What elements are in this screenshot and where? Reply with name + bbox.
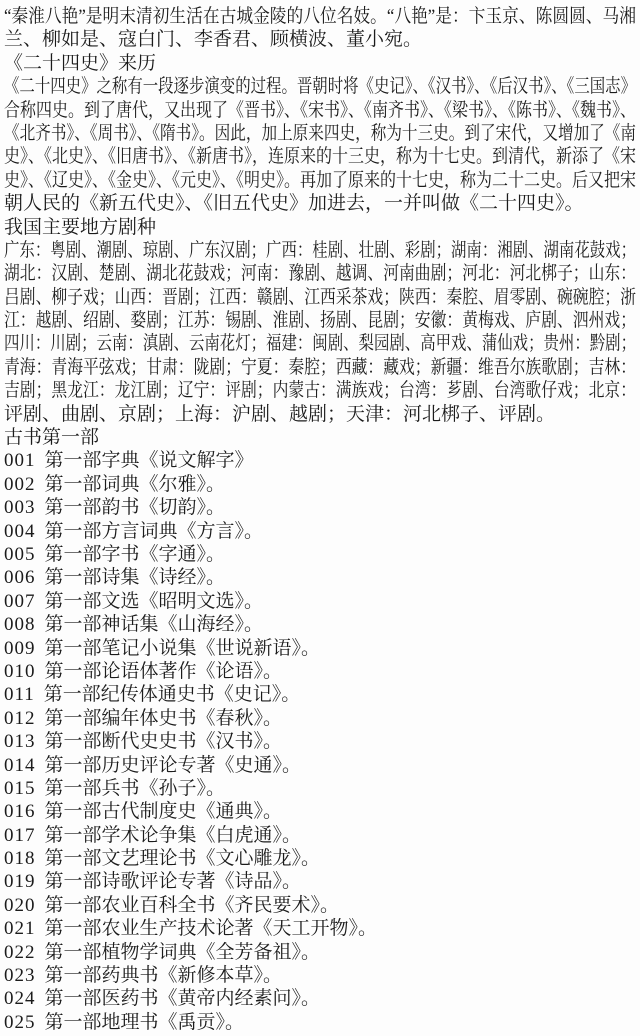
paragraph-line: 广东：粤剧、潮剧、琼剧、广东汉剧；广西：桂剧、壮剧、彩剧；湖南：湘剧、湖南花鼓戏…	[4, 239, 636, 262]
history-section-heading: 《二十四史》来历	[4, 52, 636, 75]
paragraph-line: 吉剧；黑龙江：龙江剧；辽宁：评剧；内蒙古：满族戏；台湾：芗剧、台湾歌仔戏；北京：	[4, 379, 636, 402]
book-list-item: 007第一部文选《昭明文选》。	[4, 590, 636, 613]
book-list-item: 002第一部词典《尔雅》。	[4, 473, 636, 496]
paragraph-line: 江：越剧、绍剧、婺剧；江苏：锡剧、淮剧、扬剧、昆剧；安徽：黄梅戏、庐剧、泗州戏；	[4, 309, 636, 332]
book-item-title: 第一部医药书《黄帝内经素问》。	[45, 987, 321, 1010]
section-twenty-four-histories: 《二十四史》来历 《二十四史》之称有一段逐步演变的过程。晋朝时将《史记》、《汉书…	[4, 52, 636, 216]
book-item-title: 第一部论语体著作《论语》。	[45, 660, 283, 683]
book-list-item: 004第一部方言词典《方言》。	[4, 520, 636, 543]
book-item-number: 005	[4, 543, 36, 566]
paragraph-text: 合称四史。到了唐代，又出现了《晋书》、《宋书》、《南齐书》、《梁书》、《陈书》、…	[4, 99, 636, 122]
book-item-number: 012	[4, 707, 36, 730]
book-item-number: 023	[4, 964, 36, 987]
book-item-title: 第一部断代史史书《汉书》。	[45, 730, 283, 753]
book-list-item: 025第一部地理书《禹贡》。	[4, 1011, 636, 1034]
book-item-number: 017	[4, 824, 36, 847]
book-item-number: 009	[4, 637, 36, 660]
book-list-item: 013第一部断代史史书《汉书》。	[4, 730, 636, 753]
paragraph-text: 吕剧、柳子戏；山西：晋剧；江西：赣剧、江西采茶戏；陕西：秦腔、眉零剧、碗碗腔；浙	[4, 286, 636, 309]
paragraph-line: 湖北：汉剧、楚剧、湖北花鼓戏；河南：豫剧、越调、河南曲剧；河北：河北梆子；山东：	[4, 262, 636, 285]
paragraph-text: 江：越剧、绍剧、婺剧；江苏：锡剧、淮剧、扬剧、昆剧；安徽：黄梅戏、庐剧、泗州戏；	[4, 309, 636, 332]
book-item-title: 第一部农业生产技术论著《天工开物》。	[45, 917, 378, 940]
book-item-title: 第一部词典《尔雅》。	[45, 473, 226, 496]
book-item-number: 003	[4, 496, 36, 519]
paragraph-line: “秦淮八艳”是明末清初生活在古城金陵的八位名妓。“八艳”是：卞玉京、陈圆圆、马湘	[4, 5, 636, 28]
book-item-number: 020	[4, 894, 36, 917]
heading-text: 我国主要地方剧种	[4, 216, 156, 239]
book-item-title: 第一部文艺理论书《文心雕龙》。	[45, 847, 321, 870]
book-item-number: 013	[4, 730, 36, 753]
book-item-title: 第一部学术论争集《白虎通》。	[45, 824, 302, 847]
book-item-title: 第一部历史评论专著《史通》。	[45, 754, 302, 777]
paragraph-line: 吕剧、柳子戏；山西：晋剧；江西：赣剧、江西采茶戏；陕西：秦腔、眉零剧、碗碗腔；浙	[4, 286, 636, 309]
book-list-item: 006第一部诗集《诗经》。	[4, 566, 636, 589]
paragraph-line: 评剧、曲剧、京剧；上海：沪剧、越剧；天津：河北梆子、评剧。	[4, 403, 636, 426]
paragraph-text: 《北齐书》、《周书》、《隋书》。因此，加上原来四史，称为十三史。到了宋代，又增加…	[4, 122, 636, 145]
book-item-title: 第一部古代制度史《通典》。	[45, 800, 283, 823]
book-item-number: 004	[4, 520, 36, 543]
book-list-item: 005第一部字书《字通》。	[4, 543, 636, 566]
book-list-item: 010第一部论语体著作《论语》。	[4, 660, 636, 683]
book-item-title: 第一部纪传体通史书《史记》。	[44, 683, 301, 706]
paragraph-line: 青海：青海平弦戏；甘肃：陇剧；宁夏：秦腔；西藏：藏戏；新疆：维吾尔族歌剧；吉林：	[4, 356, 636, 379]
paragraph-text: 史》、《辽史》、《金史》、《元史》、《明史》。再加了原来的十七史，称为二十二史。…	[4, 169, 636, 192]
paragraph-line: 《北齐书》、《周书》、《隋书》。因此，加上原来四史，称为十三史。到了宋代，又增加…	[4, 122, 636, 145]
book-item-title: 第一部方言词典《方言》。	[45, 520, 264, 543]
book-item-number: 011	[4, 683, 35, 706]
paragraph-line: 朝人民的《新五代史》、《旧五代史》加进去，一并叫做《二十四史》。	[4, 192, 636, 215]
book-list-item: 017第一部学术论争集《白虎通》。	[4, 824, 636, 847]
paragraph-text: 四川：川剧；云南：滇剧、云南花灯；福建：闽剧、梨园剧、高甲戏、蒲仙戏；贵州：黔剧…	[4, 332, 636, 355]
book-item-number: 019	[4, 870, 36, 893]
book-item-title: 第一部笔记小说集《世说新语》。	[45, 637, 321, 660]
book-list-item: 014第一部历史评论专著《史通》。	[4, 754, 636, 777]
book-item-number: 025	[4, 1011, 36, 1034]
book-list-item: 001第一部字典《说文解字》	[4, 449, 636, 472]
book-item-title: 第一部诗歌评论专著《诗品》。	[45, 870, 302, 893]
book-list-item: 018第一部文艺理论书《文心雕龙》。	[4, 847, 636, 870]
book-list-item: 015第一部兵书《孙子》。	[4, 777, 636, 800]
book-list-item: 020第一部农业百科全书《齐民要术》。	[4, 894, 636, 917]
book-item-title: 第一部神话集《山海经》。	[45, 613, 264, 636]
book-list-item: 008第一部神话集《山海经》。	[4, 613, 636, 636]
paragraph-line: 四川：川剧；云南：滇剧、云南花灯；福建：闽剧、梨园剧、高甲戏、蒲仙戏；贵州：黔剧…	[4, 332, 636, 355]
book-item-title: 第一部药典书《新修本草》。	[45, 964, 283, 987]
section-first-books: 古书第一部 001第一部字典《说文解字》 002第一部词典《尔雅》。 003第一…	[4, 426, 636, 1034]
book-list-item: 009第一部笔记小说集《世说新语》。	[4, 637, 636, 660]
section-local-operas: 我国主要地方剧种 广东：粤剧、潮剧、琼剧、广东汉剧；广西：桂剧、壮剧、彩剧；湖南…	[4, 216, 636, 427]
book-item-title: 第一部编年体史书《春秋》。	[45, 707, 283, 730]
book-list-item: 021第一部农业生产技术论著《天工开物》。	[4, 917, 636, 940]
paragraph-text: 《二十四史》之称有一段逐步演变的过程。晋朝时将《史记》、《汉书》、《后汉书》、《…	[4, 75, 636, 98]
paragraph-line: 史》、《辽史》、《金史》、《元史》、《明史》。再加了原来的十七史，称为二十二史。…	[4, 169, 636, 192]
book-item-number: 024	[4, 987, 36, 1010]
book-item-number: 018	[4, 847, 36, 870]
book-item-number: 010	[4, 660, 36, 683]
book-item-number: 016	[4, 800, 36, 823]
paragraph-text: 广东：粤剧、潮剧、琼剧、广东汉剧；广西：桂剧、壮剧、彩剧；湖南：湘剧、湖南花鼓戏…	[4, 239, 636, 262]
book-item-title: 第一部诗集《诗经》。	[45, 566, 226, 589]
paragraph-text: 湖北：汉剧、楚剧、湖北花鼓戏；河南：豫剧、越调、河南曲剧；河北：河北梆子；山东：	[4, 262, 636, 285]
paragraph-text: 史》、《北史》、《旧唐书》、《新唐书》，连原来的十三史，称为十七史。到清代，新添…	[4, 145, 636, 168]
book-list-item: 016第一部古代制度史《通典》。	[4, 800, 636, 823]
book-item-number: 001	[4, 449, 36, 472]
paragraph-text: 吉剧；黑龙江：龙江剧；辽宁：评剧；内蒙古：满族戏；台湾：芗剧、台湾歌仔戏；北京：	[4, 379, 636, 402]
book-list-item: 019第一部诗歌评论专著《诗品》。	[4, 870, 636, 893]
heading-text: 《二十四史》来历	[4, 52, 156, 75]
heading-text: 古书第一部	[4, 426, 99, 449]
book-list-item: 003第一部韵书《切韵》。	[4, 496, 636, 519]
book-list-item: 023第一部药典书《新修本草》。	[4, 964, 636, 987]
paragraph-text: 评剧、曲剧、京剧；上海：沪剧、越剧；天津：河北梆子、评剧。	[4, 403, 555, 426]
book-item-number: 022	[4, 941, 36, 964]
document-page: “秦淮八艳”是明末清初生活在古城金陵的八位名妓。“八艳”是：卞玉京、陈圆圆、马湘…	[0, 0, 640, 1036]
book-item-number: 015	[4, 777, 36, 800]
book-item-title: 第一部兵书《孙子》。	[45, 777, 226, 800]
book-item-title: 第一部字书《字通》。	[45, 543, 226, 566]
book-list-item: 024第一部医药书《黄帝内经素问》。	[4, 987, 636, 1010]
section-qinhuai-beauties: “秦淮八艳”是明末清初生活在古城金陵的八位名妓。“八艳”是：卞玉京、陈圆圆、马湘…	[4, 5, 636, 52]
book-list-item: 022第一部植物学词典《全芳备祖》。	[4, 941, 636, 964]
paragraph-text: “秦淮八艳”是明末清初生活在古城金陵的八位名妓。“八艳”是：卞玉京、陈圆圆、马湘	[4, 5, 636, 28]
book-list-item: 012第一部编年体史书《春秋》。	[4, 707, 636, 730]
paragraph-line: 《二十四史》之称有一段逐步演变的过程。晋朝时将《史记》、《汉书》、《后汉书》、《…	[4, 75, 636, 98]
book-item-number: 006	[4, 566, 36, 589]
paragraph-line: 合称四史。到了唐代，又出现了《晋书》、《宋书》、《南齐书》、《梁书》、《陈书》、…	[4, 99, 636, 122]
book-item-title: 第一部文选《昭明文选》。	[45, 590, 264, 613]
paragraph-line: 史》、《北史》、《旧唐书》、《新唐书》，连原来的十三史，称为十七史。到清代，新添…	[4, 145, 636, 168]
book-item-title: 第一部植物学词典《全芳备祖》。	[45, 941, 321, 964]
opera-section-heading: 我国主要地方剧种	[4, 216, 636, 239]
book-item-number: 002	[4, 473, 36, 496]
book-item-title: 第一部地理书《禹贡》。	[45, 1011, 245, 1034]
book-item-number: 014	[4, 754, 36, 777]
paragraph-line: 兰、柳如是、寇白门、李香君、顾横波、董小宛。	[4, 28, 636, 51]
books-section-heading: 古书第一部	[4, 426, 636, 449]
book-list-item: 011第一部纪传体通史书《史记》。	[4, 683, 636, 706]
paragraph-text: 朝人民的《新五代史》、《旧五代史》加进去，一并叫做《二十四史》。	[4, 192, 584, 215]
paragraph-text: 兰、柳如是、寇白门、李香君、顾横波、董小宛。	[4, 28, 422, 51]
book-item-number: 008	[4, 613, 36, 636]
book-item-title: 第一部字典《说文解字》	[45, 449, 254, 472]
book-item-number: 021	[4, 917, 36, 940]
book-item-number: 007	[4, 590, 36, 613]
book-item-title: 第一部农业百科全书《齐民要术》。	[45, 894, 340, 917]
paragraph-text: 青海：青海平弦戏；甘肃：陇剧；宁夏：秦腔；西藏：藏戏；新疆：维吾尔族歌剧；吉林：	[4, 356, 636, 379]
book-item-title: 第一部韵书《切韵》。	[45, 496, 226, 519]
